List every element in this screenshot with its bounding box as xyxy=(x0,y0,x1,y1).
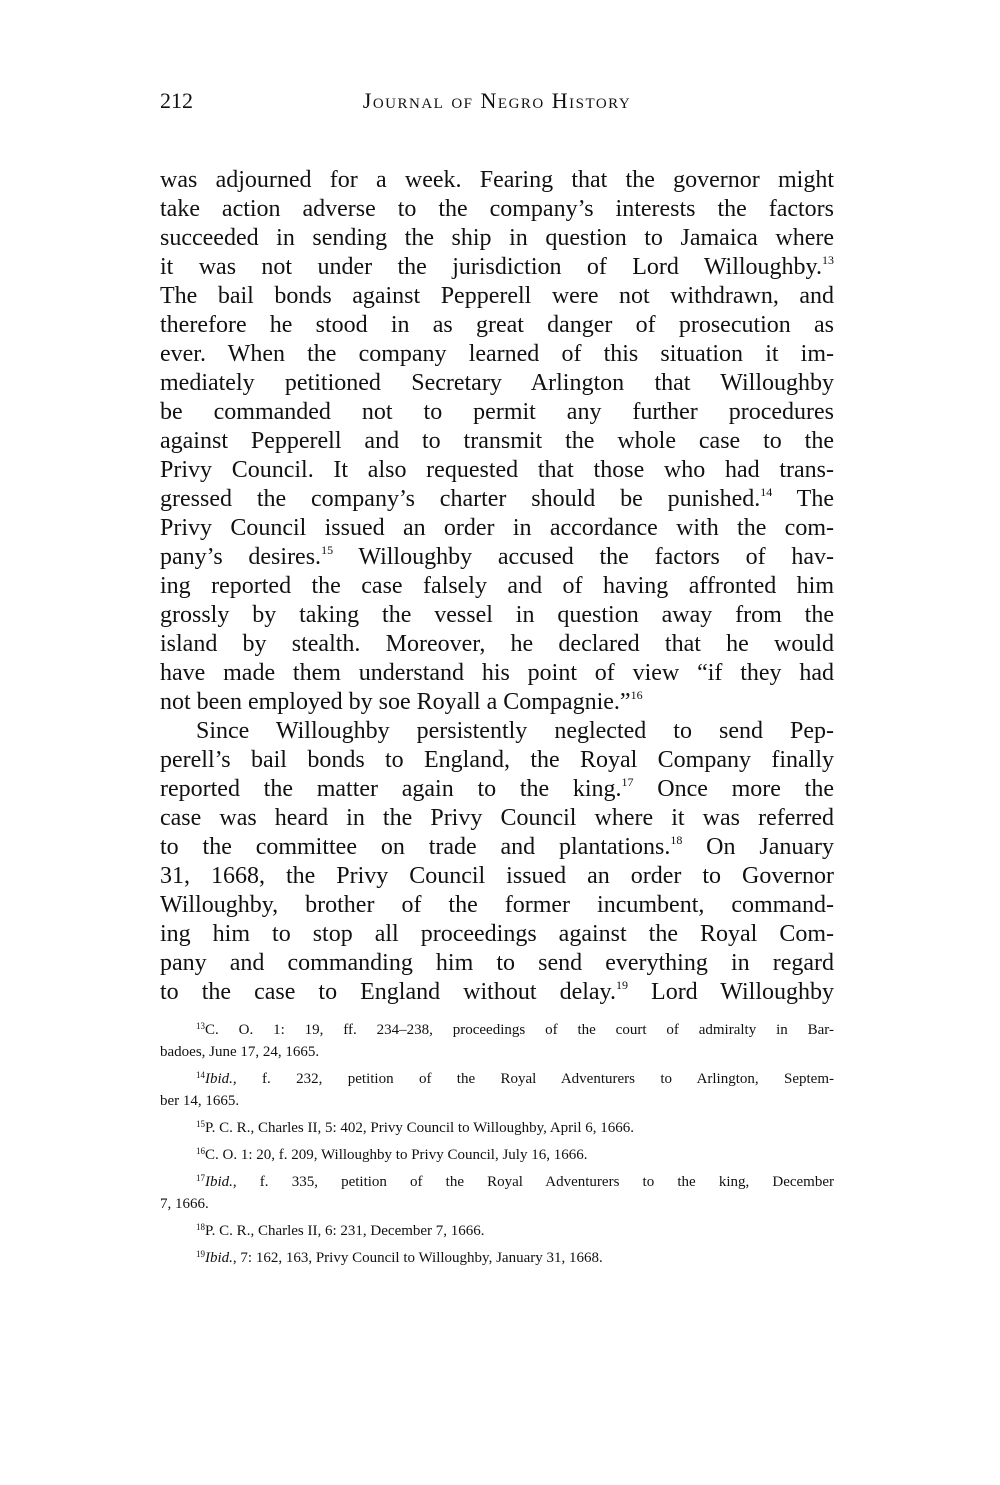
text-line-content: was adjourned for a week. Fearing that t… xyxy=(160,167,834,193)
text-line-content: Privy Council issued an order in accorda… xyxy=(160,515,834,541)
footnote-line: ber 14, 1665. xyxy=(160,1090,834,1112)
footnote-line: 16C. O. 1: 20, f. 209, Willoughby to Pri… xyxy=(160,1144,834,1166)
footnote-16: 16C. O. 1: 20, f. 209, Willoughby to Pri… xyxy=(160,1144,834,1166)
footnote-number: 18 xyxy=(196,1222,205,1232)
body-text: was adjourned for a week. Fearing that t… xyxy=(160,166,834,1007)
text-line-content: Willoughby, brother of the former incumb… xyxy=(160,892,834,918)
ibid-italic: Ibid. xyxy=(205,1071,233,1087)
text-line-tail: Willoughby accused the factors of hav- xyxy=(333,544,834,570)
text-line: Privy Council. It also requested that th… xyxy=(160,456,834,485)
footnote-text: C. O. 1: 20, f. 209, Willoughby to Privy… xyxy=(205,1147,587,1163)
text-line: to the committee on trade and plantation… xyxy=(160,833,834,862)
footnote-line: badoes, June 17, 24, 1665. xyxy=(160,1041,834,1063)
text-line: have made them understand his point of v… xyxy=(160,659,834,688)
text-line: ing him to stop all proceedings against … xyxy=(160,920,834,949)
footnote-number: 13 xyxy=(196,1021,205,1031)
footnote-line: 14Ibid., f. 232, petition of the Royal A… xyxy=(160,1068,834,1090)
footnote-ref[interactable]: 14 xyxy=(760,485,772,499)
text-line-content: mediately petitioned Secretary Arlington… xyxy=(160,370,834,396)
text-line-content: it was not under the jurisdiction of Lor… xyxy=(160,254,822,280)
footnote-text: , f. 232, petition of the Royal Adventur… xyxy=(233,1071,834,1087)
footnote-text: ber 14, 1665. xyxy=(160,1093,239,1109)
text-line: perell’s bail bonds to England, the Roya… xyxy=(160,746,834,775)
text-line-content: to the committee on trade and plantation… xyxy=(160,834,670,860)
text-line-content: ing him to stop all proceedings against … xyxy=(160,921,834,947)
footnote-number: 17 xyxy=(196,1173,205,1183)
text-line-content: ing reported the case falsely and of hav… xyxy=(160,573,834,599)
text-line: case was heard in the Privy Council wher… xyxy=(160,804,834,833)
footnote-13: 13C. O. 1: 19, ff. 234–238, proceedings … xyxy=(160,1019,834,1063)
text-line-content: not been employed by soe Royall a Compag… xyxy=(160,689,631,715)
text-line-content: The bail bonds against Pepperell were no… xyxy=(160,283,834,309)
footnote-text: badoes, June 17, 24, 1665. xyxy=(160,1044,319,1060)
footnote-ref[interactable]: 15 xyxy=(321,543,333,557)
text-line-content: grossly by taking the vessel in question… xyxy=(160,602,834,628)
text-line: to the case to England without delay.19 … xyxy=(160,978,834,1007)
footnote-ref[interactable]: 19 xyxy=(616,978,628,992)
footnote-15: 15P. C. R., Charles II, 5: 402, Privy Co… xyxy=(160,1117,834,1139)
text-line-content: to the case to England without delay. xyxy=(160,979,616,1005)
footnote-number: 15 xyxy=(196,1119,205,1129)
text-line: 31, 1668, the Privy Council issued an or… xyxy=(160,862,834,891)
footnote-text: 7, 1666. xyxy=(160,1196,209,1212)
text-line-content: ever. When the company learned of this s… xyxy=(160,341,834,367)
text-line: pany and commanding him to send everythi… xyxy=(160,949,834,978)
text-line-content: gressed the company’s charter should be … xyxy=(160,486,760,512)
footnote-18: 18P. C. R., Charles II, 6: 231, December… xyxy=(160,1220,834,1242)
text-line: pany’s desires.15 Willoughby accused the… xyxy=(160,543,834,572)
text-line: succeeded in sending the ship in questio… xyxy=(160,224,834,253)
text-line: Privy Council issued an order in accorda… xyxy=(160,514,834,543)
text-line: take action adverse to the company’s int… xyxy=(160,195,834,224)
text-line-content: succeeded in sending the ship in questio… xyxy=(160,225,834,251)
text-line-tail: The xyxy=(772,486,834,512)
footnote-text: , 7: 162, 163, Privy Council to Willough… xyxy=(233,1250,603,1266)
footnote-line: 19Ibid., 7: 162, 163, Privy Council to W… xyxy=(160,1247,834,1269)
text-line: island by stealth. Moreover, he declared… xyxy=(160,630,834,659)
text-line: it was not under the jurisdiction of Lor… xyxy=(160,253,834,282)
text-line: against Pepperell and to transmit the wh… xyxy=(160,427,834,456)
text-line: reported the matter again to the king.17… xyxy=(160,775,834,804)
footnote-17: 17Ibid., f. 335, petition of the Royal A… xyxy=(160,1171,834,1215)
text-line-content: have made them understand his point of v… xyxy=(160,660,834,686)
text-line-tail: Lord Willoughby xyxy=(628,979,834,1005)
footnote-ref[interactable]: 16 xyxy=(631,688,643,702)
text-line-content: pany’s desires. xyxy=(160,544,321,570)
text-line: ing reported the case falsely and of hav… xyxy=(160,572,834,601)
text-line: ever. When the company learned of this s… xyxy=(160,340,834,369)
footnote-line: 7, 1666. xyxy=(160,1193,834,1215)
footnote-line: 17Ibid., f. 335, petition of the Royal A… xyxy=(160,1171,834,1193)
footnote-ref[interactable]: 13 xyxy=(822,253,834,267)
text-line: Willoughby, brother of the former incumb… xyxy=(160,891,834,920)
text-line-content: island by stealth. Moreover, he declared… xyxy=(160,631,834,657)
footnote-ref[interactable]: 17 xyxy=(622,775,634,789)
footnote-text: P. C. R., Charles II, 6: 231, December 7… xyxy=(205,1223,485,1239)
footnote-gap xyxy=(160,1269,834,1274)
text-line: gressed the company’s charter should be … xyxy=(160,485,834,514)
footnote-text: C. O. 1: 19, ff. 234–238, proceedings of… xyxy=(205,1022,834,1038)
running-head: Journal of Negro History xyxy=(160,88,834,114)
text-line-content: case was heard in the Privy Council wher… xyxy=(160,805,834,831)
footnote-ref[interactable]: 18 xyxy=(670,833,682,847)
footnote-text: P. C. R., Charles II, 5: 402, Privy Coun… xyxy=(205,1120,634,1136)
footnote-number: 14 xyxy=(196,1070,205,1080)
text-line: mediately petitioned Secretary Arlington… xyxy=(160,369,834,398)
text-line: be commanded not to permit any further p… xyxy=(160,398,834,427)
text-line-content: therefore he stood in as great danger of… xyxy=(160,312,834,338)
footnote-number: 16 xyxy=(196,1146,205,1156)
text-line: not been employed by soe Royall a Compag… xyxy=(160,688,834,717)
text-line: was adjourned for a week. Fearing that t… xyxy=(160,166,834,195)
text-line-content: be commanded not to permit any further p… xyxy=(160,399,834,425)
text-line-content: pany and commanding him to send everythi… xyxy=(160,950,834,976)
text-line-tail: On January xyxy=(682,834,834,860)
footnotes: 13C. O. 1: 19, ff. 234–238, proceedings … xyxy=(160,1019,834,1274)
text-line-content: against Pepperell and to transmit the wh… xyxy=(160,428,834,454)
footnote-line: 15P. C. R., Charles II, 5: 402, Privy Co… xyxy=(160,1117,834,1139)
footnote-text: , f. 335, petition of the Royal Adventur… xyxy=(233,1174,834,1190)
footnote-line: 18P. C. R., Charles II, 6: 231, December… xyxy=(160,1220,834,1242)
text-line-content: perell’s bail bonds to England, the Roya… xyxy=(160,747,834,773)
text-line-content: Since Willoughby persistently neglected … xyxy=(196,718,834,744)
text-line: The bail bonds against Pepperell were no… xyxy=(160,282,834,311)
footnote-19: 19Ibid., 7: 162, 163, Privy Council to W… xyxy=(160,1247,834,1269)
footnote-line: 13C. O. 1: 19, ff. 234–238, proceedings … xyxy=(160,1019,834,1041)
text-line: grossly by taking the vessel in question… xyxy=(160,601,834,630)
text-line-content: reported the matter again to the king. xyxy=(160,776,622,802)
footnote-14: 14Ibid., f. 232, petition of the Royal A… xyxy=(160,1068,834,1112)
text-line-content: take action adverse to the company’s int… xyxy=(160,196,834,222)
ibid-italic: Ibid. xyxy=(205,1250,233,1266)
text-line: Since Willoughby persistently neglected … xyxy=(160,717,834,746)
ibid-italic: Ibid. xyxy=(205,1174,233,1190)
text-line-content: 31, 1668, the Privy Council issued an or… xyxy=(160,863,834,889)
text-line: therefore he stood in as great danger of… xyxy=(160,311,834,340)
page-header: 212 Journal of Negro History xyxy=(160,88,834,122)
text-line-tail: Once more the xyxy=(634,776,834,802)
footnote-number: 19 xyxy=(196,1249,205,1259)
text-line-content: Privy Council. It also requested that th… xyxy=(160,457,834,483)
